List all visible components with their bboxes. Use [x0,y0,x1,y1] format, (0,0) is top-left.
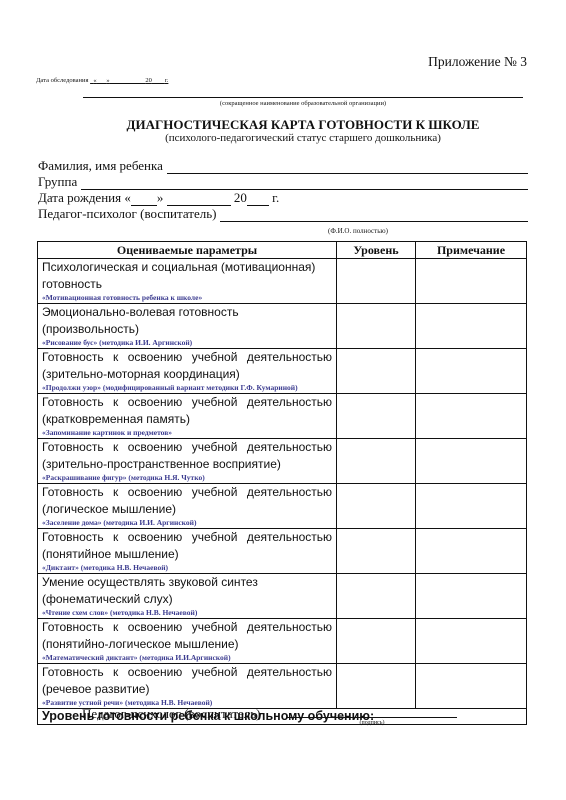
level-cell[interactable] [337,664,416,709]
method-name: «Диктант» (методика Н.В. Нечаевой) [42,563,332,573]
note-cell[interactable] [416,349,527,394]
group-label: Группа [38,174,77,190]
psychologist-label: Педагог-психолог (воспитатель) [38,206,216,222]
level-cell[interactable] [337,529,416,574]
signature-caption: (подпись) [287,720,457,726]
header-note: Примечание [416,242,527,259]
level-cell[interactable] [337,304,416,349]
signer-label: Педагог-психолог (воспитатель) [82,706,260,722]
parameter-name: Эмоционально-волевая готовность (произво… [42,304,332,338]
child-name-field[interactable] [167,161,528,174]
child-name-row: Фамилия, имя ребенка [38,158,528,174]
parameter-name: Умение осуществлять звуковой синтез (фон… [42,574,332,608]
header-parameters: Оцениваемые параметры [38,242,337,259]
parameter-name: Готовность к освоению учебной деятельнос… [42,664,332,698]
birth-year-field[interactable] [247,193,269,206]
method-name: «Чтение схем слов» (методика Н.В. Нечаев… [42,608,332,618]
document-title: ДИАГНОСТИЧЕСКАЯ КАРТА ГОТОВНОСТИ К ШКОЛЕ [0,117,566,133]
parameter-name: Готовность к освоению учебной деятельнос… [42,484,332,518]
level-cell[interactable] [337,484,416,529]
table-row: Готовность к освоению учебной деятельнос… [38,484,527,529]
method-name: «Продолжи узор» (модифицированный вариан… [42,383,332,393]
assessment-table: Оцениваемые параметры Уровень Примечание… [37,241,527,725]
parameter-name: Психологическая и социальная (мотивацион… [42,259,332,293]
document-subtitle: (психолого-педагогический статус старшег… [0,132,566,144]
parameter-cell: Эмоционально-волевая готовность (произво… [38,304,337,349]
note-cell[interactable] [416,619,527,664]
table-row: Психологическая и социальная (мотивацион… [38,259,527,304]
table-row: Готовность к освоению учебной деятельнос… [38,529,527,574]
parameter-name: Готовность к освоению учебной деятельнос… [42,529,332,563]
note-cell[interactable] [416,304,527,349]
method-name: «Раскрашивание фигур» (методика Н.Я. Чут… [42,473,332,483]
org-name-caption: (сокращенное наименование образовательно… [83,100,523,107]
parameter-cell: Готовность к освоению учебной деятельнос… [38,394,337,439]
parameter-name: Готовность к освоению учебной деятельнос… [42,349,332,383]
level-cell[interactable] [337,439,416,484]
table-row: Умение осуществлять звуковой синтез (фон… [38,574,527,619]
birth-date-row: Дата рождения « » 20 г. [38,190,528,206]
parameter-cell: Готовность к освоению учебной деятельнос… [38,484,337,529]
level-cell[interactable] [337,349,416,394]
exam-date-value[interactable]: « » 20 г. [90,77,168,84]
fio-caption: (Ф.И.О. полностью) [38,223,528,239]
method-name: «Запоминание картинок и предметов» [42,428,332,438]
org-name-field[interactable] [83,97,523,98]
parameter-cell: Готовность к освоению учебной деятельнос… [38,349,337,394]
parameter-cell: Готовность к освоению учебной деятельнос… [38,619,337,664]
note-cell[interactable] [416,394,527,439]
psychologist-row: Педагог-психолог (воспитатель) [38,206,528,222]
parameter-cell: Психологическая и социальная (мотивацион… [38,259,337,304]
signature-field[interactable] [287,717,457,718]
level-cell[interactable] [337,619,416,664]
note-cell[interactable] [416,529,527,574]
level-cell[interactable] [337,394,416,439]
note-cell[interactable] [416,574,527,619]
table-row: Готовность к освоению учебной деятельнос… [38,664,527,709]
parameter-cell: Готовность к освоению учебной деятельнос… [38,529,337,574]
table-row: Готовность к освоению учебной деятельнос… [38,619,527,664]
table-row: Готовность к освоению учебной деятельнос… [38,349,527,394]
method-name: «Математический диктант» (методика И.И.А… [42,653,332,663]
group-row: Группа [38,174,528,190]
method-name: «Мотивационная готовность ребенка к школ… [42,293,332,303]
note-cell[interactable] [416,484,527,529]
parameter-cell: Готовность к освоению учебной деятельнос… [38,664,337,709]
table-header-row: Оцениваемые параметры Уровень Примечание [38,242,527,259]
table-row: Готовность к освоению учебной деятельнос… [38,394,527,439]
parameter-cell: Готовность к освоению учебной деятельнос… [38,439,337,484]
method-name: «Заселение дома» (методика И.И. Аргинско… [42,518,332,528]
child-info-fields: Фамилия, имя ребенка Группа Дата рождени… [38,158,528,239]
group-field[interactable] [81,177,528,190]
table-row: Готовность к освоению учебной деятельнос… [38,439,527,484]
exam-date: Дата обследования « » 20 г. [36,77,168,84]
birth-month-field[interactable] [167,193,231,206]
table-row: Эмоционально-волевая готовность (произво… [38,304,527,349]
child-name-label: Фамилия, имя ребенка [38,158,163,174]
parameter-name: Готовность к освоению учебной деятельнос… [42,394,332,428]
method-name: «Рисование бус» (методика И.И. Аргинской… [42,338,332,348]
parameter-name: Готовность к освоению учебной деятельнос… [42,619,332,653]
level-cell[interactable] [337,574,416,619]
parameter-cell: Умение осуществлять звуковой синтез (фон… [38,574,337,619]
psychologist-field[interactable] [220,209,528,222]
note-cell[interactable] [416,439,527,484]
birth-day-field[interactable] [131,193,157,206]
appendix-label: Приложение № 3 [428,54,527,70]
note-cell[interactable] [416,664,527,709]
birth-date-label: Дата рождения « [38,190,131,206]
level-cell[interactable] [337,259,416,304]
parameter-name: Готовность к освоению учебной деятельнос… [42,439,332,473]
note-cell[interactable] [416,259,527,304]
exam-date-label: Дата обследования [36,77,88,84]
header-level: Уровень [337,242,416,259]
